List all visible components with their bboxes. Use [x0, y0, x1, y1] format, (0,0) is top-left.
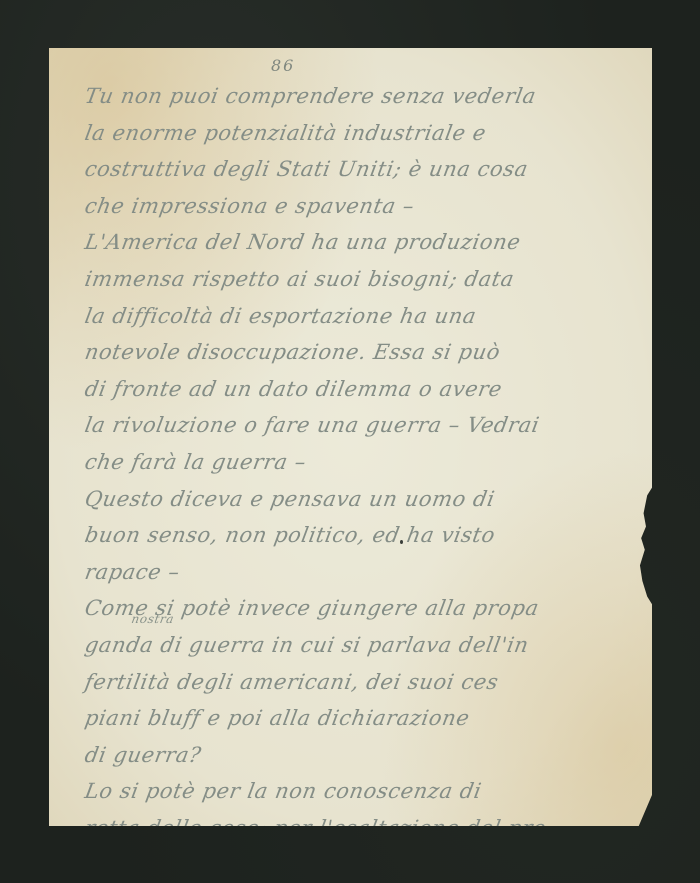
text-line: che impressiona e spaventa – [82, 188, 638, 225]
text-line: ganda di guerra in cui si parlava dell'i… [83, 633, 531, 657]
text-line: la rivoluzione o fare una guerra – Vedra… [82, 407, 638, 444]
text-line: di guerra? [82, 737, 638, 774]
text-line: costruttiva degli Stati Uniti; è una cos… [82, 151, 638, 188]
text-line: rapace – [82, 554, 638, 591]
text-line: Lo si potè per la non conoscenza di [82, 773, 638, 810]
text-line: Questo diceva e pensava un uomo di [82, 481, 638, 518]
text-line-with-insert: nostra ganda di guerra in cui si parlava… [82, 627, 638, 664]
text-line: di fronte ad un dato dilemma o avere [82, 371, 638, 408]
page-number: 86 [271, 56, 295, 75]
text-line: immensa rispetto ai suoi bisogni; data [82, 261, 638, 298]
interlinear-insert: nostra [131, 613, 176, 625]
text-line: L'America del Nord ha una produzione [82, 224, 638, 261]
ink-speck [400, 540, 403, 544]
text-line: piani bluff e poi alla dichiarazione [82, 700, 638, 737]
text-line: buon senso, non politico, ed ha visto [82, 517, 638, 554]
text-line: notevole disoccupazione. Essa si può [82, 334, 638, 371]
manuscript-page: 86 Tu non puoi comprendere senza vederla… [49, 48, 652, 826]
handwritten-text-block: Tu non puoi comprendere senza vederla la… [85, 78, 635, 883]
text-line: fertilità degli americani, dei suoi ces [82, 664, 638, 701]
text-line: la difficoltà di esportazione ha una [82, 298, 638, 335]
text-line: che farà la guerra – [82, 444, 638, 481]
text-line: la enorme potenzialità industriale e [82, 115, 638, 152]
text-line: Tu non puoi comprendere senza vederla [82, 78, 638, 115]
